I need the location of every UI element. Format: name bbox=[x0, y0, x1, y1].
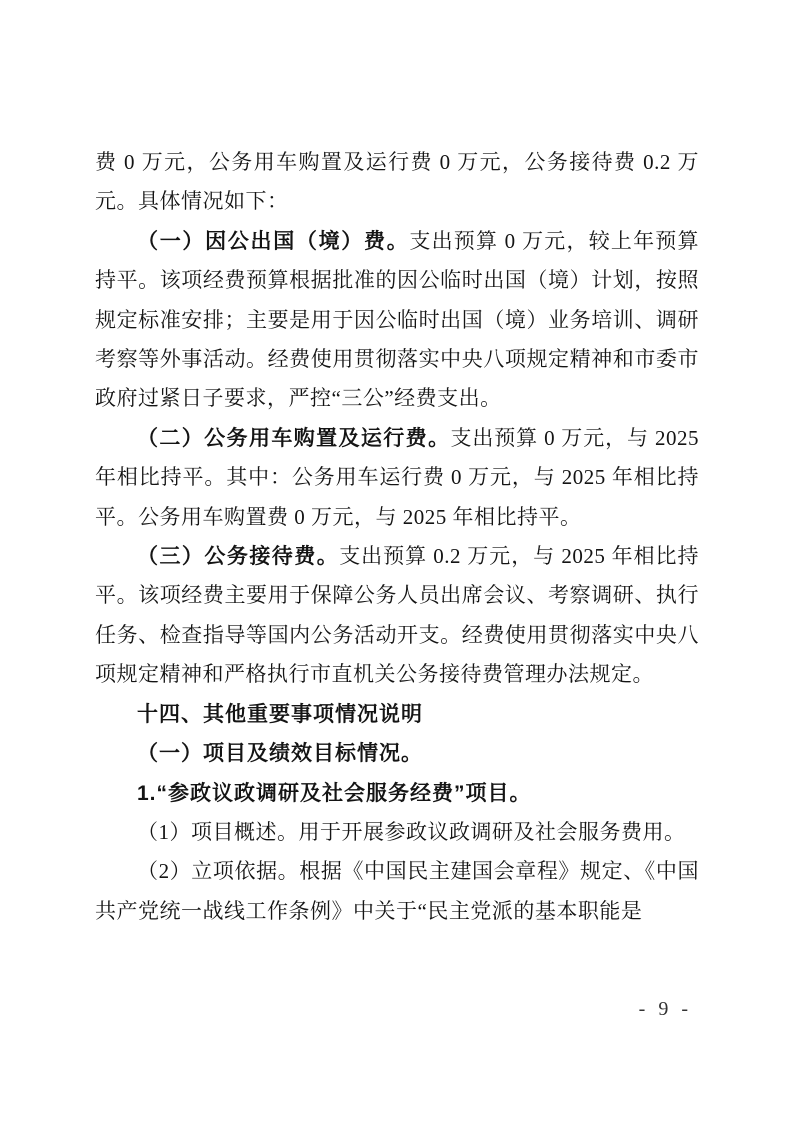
section-2-lead: （二）公务用车购置及运行费。 bbox=[137, 427, 450, 450]
paragraph-project-overview: （1）项目概述。用于开展参政议政调研及社会服务费用。 bbox=[95, 813, 699, 852]
section-1-lead: （一）因公出国（境）费。 bbox=[137, 230, 409, 253]
heading-subsection-1: （一）项目及绩效目标情况。 bbox=[95, 734, 699, 773]
document-page: 费 0 万元，公务用车购置及运行费 0 万元，公务接待费 0.2 万元。具体情况… bbox=[0, 0, 793, 1122]
heading-chapter-14: 十四、其他重要事项情况说明 bbox=[95, 695, 699, 734]
heading-project-1: 1.“参政议政调研及社会服务经费”项目。 bbox=[95, 774, 699, 813]
page-number: - 9 - bbox=[639, 996, 692, 1022]
paragraph-section-3: （三）公务接待费。支出预算 0.2 万元，与 2025 年相比持平。该项经费主要… bbox=[95, 537, 699, 695]
paragraph-continuation: 费 0 万元，公务用车购置及运行费 0 万元，公务接待费 0.2 万元。具体情况… bbox=[95, 143, 699, 222]
paragraph-section-2: （二）公务用车购置及运行费。支出预算 0 万元，与 2025 年相比持平。其中：… bbox=[95, 419, 699, 537]
paragraph-section-1: （一）因公出国（境）费。支出预算 0 万元，较上年预算持平。该项经费预算根据批准… bbox=[95, 222, 699, 419]
paragraph-project-basis: （2）立项依据。根据《中国民主建国会章程》规定、《中国共产党统一战线工作条例》中… bbox=[95, 852, 699, 931]
document-body: 费 0 万元，公务用车购置及运行费 0 万元，公务接待费 0.2 万元。具体情况… bbox=[95, 143, 699, 931]
section-3-lead: （三）公务接待费。 bbox=[137, 545, 339, 568]
section-1-text: 支出预算 0 万元，较上年预算持平。该项经费预算根据批准的因公临时出国（境）计划… bbox=[95, 229, 699, 411]
